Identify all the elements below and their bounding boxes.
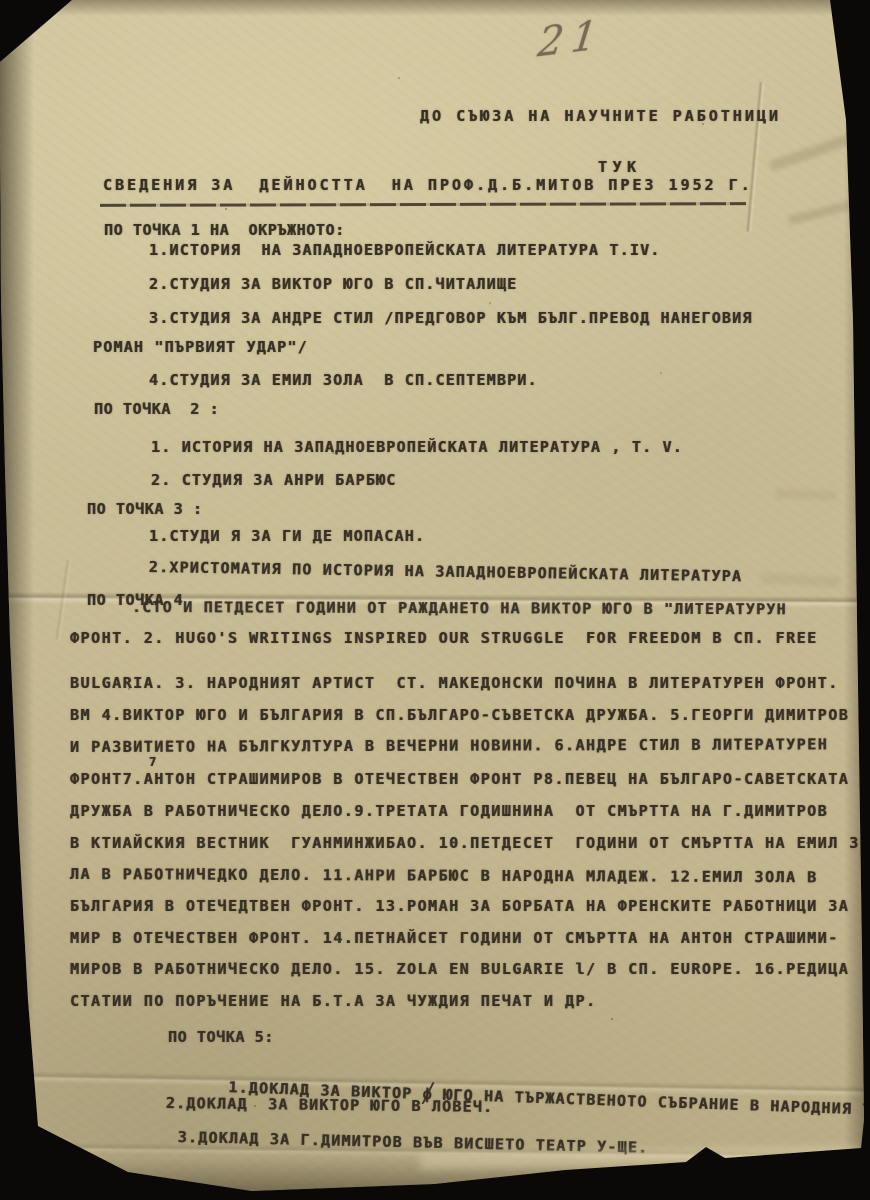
section-4-line: ВМ 4.ВИКТОР ЮГО И БЪЛГАРИЯ В СП.БЪЛГАРО-… [70, 706, 849, 724]
section-4-line: В КТИАЙСКИЯ ВЕСТНИК ГУАНМИНЖИБАО. 10.ПЕТ… [70, 834, 860, 852]
section-3-heading: ПО ТОЧКА 3 : [87, 500, 203, 518]
superscript-correction: 7 [149, 755, 158, 769]
section-1-item: 1.ИСТОРИЯ НА ЗАПАДНОЕВРОПЕЙСКАТА ЛИТЕРАТ… [149, 241, 661, 259]
section-5-item-text: ЮГО НА ТЪРЖАСТВЕНОТО СЪБРАНИЕ В НАРОДНИЯ… [433, 1085, 870, 1120]
section-1-heading: ПО ТОЧКА 1 НА ОКРЪЖНОТО: [104, 221, 345, 239]
paper-edge-shadow-right [844, 0, 870, 1200]
section-4-line: ФРОНТ7.АНТОН СТРАШИМИРОВ В ОТЕЧЕСТВЕН ФР… [70, 770, 849, 788]
paper-edge-shadow-left [0, 0, 34, 1200]
paper-edge-shadow-bottom [0, 1158, 870, 1200]
section-4-line: СТАТИИ ПО ПОРЪЧЕНИЕ НА Б.Т.А ЗА ЧУЖДИЯ П… [70, 992, 597, 1010]
section-1-item: 2.СТУДИЯ ЗА ВИКТОР ЮГО В СП.ЧИТАЛИЩЕ [149, 275, 517, 293]
document-paper: 21 ДО СЪЮЗА НА НАУЧНИТЕ РАБОТНИЦИ ТУК СВ… [0, 0, 870, 1200]
section-2-heading: ПО ТОЧКА 2 : [94, 400, 219, 418]
paper-vertical-crease [745, 82, 765, 232]
ink-ghost-smudge [776, 489, 836, 500]
document-title: СВЕДЕНИЯ ЗА ДЕЙНОСТТА НА ПРОФ.Д.Б.МИТОВ … [103, 176, 753, 194]
section-4-line: BULGARIA. 3. НАРОДНИЯТ АРТИСТ СТ. МАКЕДО… [70, 674, 839, 692]
ink-ghost-smudge [760, 573, 840, 587]
addressee-line: ДО СЪЮЗА НА НАУЧНИТЕ РАБОТНИЦИ [420, 107, 781, 125]
section-3-item: 2.ХРИСТОМАТИЯ ПО ИСТОРИЯ НА ЗАПАДНОЕВРОП… [149, 558, 743, 585]
section-2-item: 2. СТУДИЯ ЗА АНРИ БАРБЮС [151, 471, 397, 489]
section-1-item: 4.СТУДИЯ ЗА ЕМИЛ ЗОЛА В СП.СЕПТЕМВРИ. [149, 371, 538, 389]
title-underline [100, 202, 746, 207]
section-4-line: ДРУЖБА В РАБОТНИЧЕСКО ДЕЛО.9.ТРЕТАТА ГОД… [70, 802, 828, 820]
section-1-item: 3.СТУДИЯ ЗА АНДРЕ СТИЛ /ПРЕДГОВОР КЪМ БЪ… [149, 309, 753, 327]
paper-edge-shadow-top [0, 0, 870, 16]
section-2-item: 1. ИСТОРИЯ НА ЗАПАДНОЕВРОПЕЙСКАТА ЛИТЕРА… [151, 438, 683, 456]
section-5-heading: ПО ТОЧКА 5: [168, 1028, 274, 1046]
photo-background: 21 ДО СЪЮЗА НА НАУЧНИТЕ РАБОТНИЦИ ТУК СВ… [0, 0, 870, 1200]
section-4-line: .СТО И ПЕТДЕСЕТ ГОДИНИ ОТ РАЖДАНЕТО НА В… [132, 598, 787, 618]
section-5-item: 3.ДОКЛАД ЗА Г.ДИМИТРОВ ВЪВ ВИСШЕТО ТЕАТР… [178, 1128, 649, 1157]
section-4-line: ФРОНТ. 2. HUGO'S WRITINGS INSPIRED OUR S… [70, 629, 818, 647]
section-4-line: БЪЛГАРИЯ В ОТЕЧЕДТВЕН ФРОНТ. 13.РОМАН ЗА… [70, 897, 849, 915]
section-4-line: И РАЗВИТИЕТО НА БЪЛГКУЛТУРА В ВЕЧЕРНИ НО… [70, 735, 828, 756]
section-1-item-continuation: РОМАН "ПЪРВИЯТ УДАР"/ [93, 338, 308, 356]
section-4-line: МИРОВ В РАБОТНИЧЕСКО ДЕЛО. 15. ZOLA EN B… [70, 960, 849, 978]
ink-ghost-smudge [769, 131, 860, 171]
section-4-line: МИР В ОТЕЧЕСТВЕН ФРОНТ. 14.ПЕТНАЙСЕТ ГОД… [70, 929, 839, 947]
page-number-handwritten: 21 [535, 11, 607, 66]
ink-ghost-smudge [788, 200, 854, 225]
section-3-item: 1.СТУДИ Я ЗА ГИ ДЕ МОПАСАН. [149, 527, 425, 545]
here-label: ТУК [598, 158, 642, 176]
paper-specks [0, 0, 2, 2]
section-4-line: ЛА В РАБОТНИЧЕДКО ДЕЛО. 11.АНРИ БАРБЮС В… [70, 865, 818, 886]
